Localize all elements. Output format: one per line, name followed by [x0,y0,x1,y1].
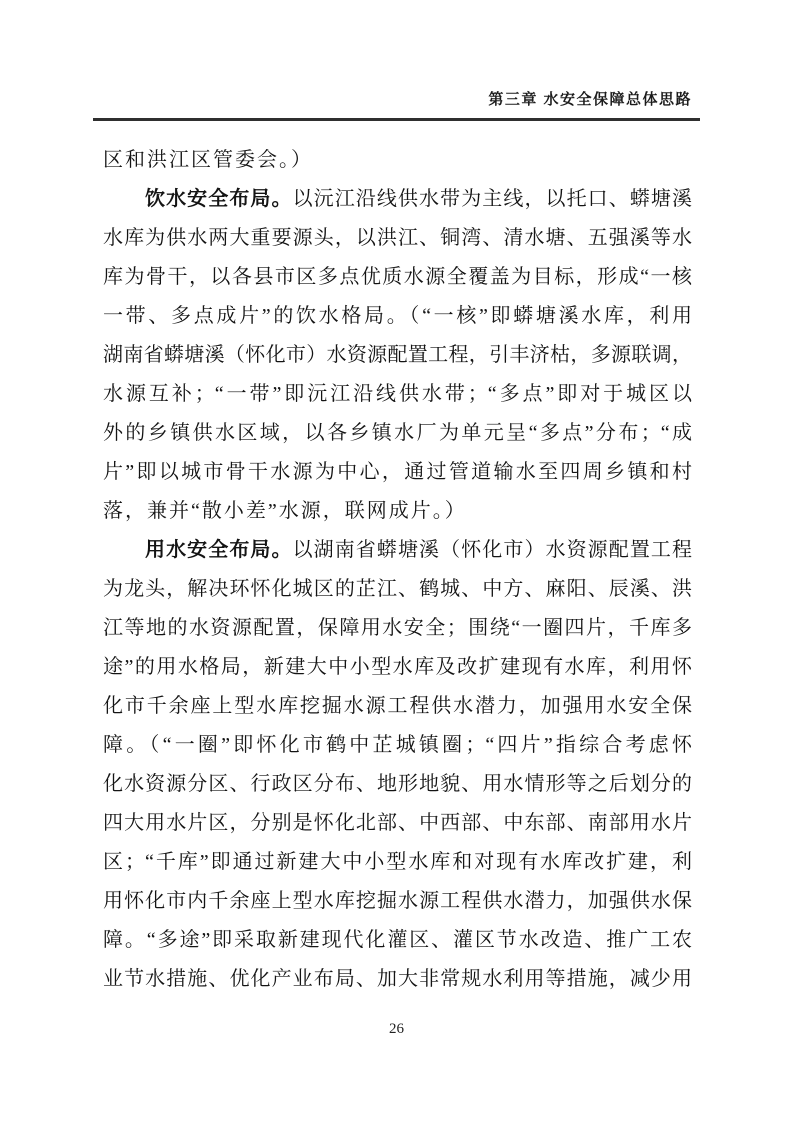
text-line: 用怀化市内千余座上型水库挖掘水源工程供水潜力，加强供水保 [103,882,692,921]
chapter-header-title: 第三章 水安全保障总体思路 [93,88,692,109]
line-text: 化水资源分区、行政区分布、地形地貌、用水情形等之后划分的 [103,773,692,795]
line-text: 用怀化市内千余座上型水库挖掘水源工程供水潜力，加强供水保 [103,890,692,912]
text-line: 化市千余座上型水库挖掘水源工程供水潜力，加强用水安全保 [103,687,692,726]
text-line: 区和洪江区管委会。） [103,141,692,180]
line-text: 障。（“一圈”即怀化市鹤中芷城镇圈；“四片”指综合考虑怀 [103,734,692,756]
line-text: 一带、多点成片”的饮水格局。（“一核”即蟒塘溪水库，利用 [103,305,692,327]
text-line: 落，兼并“散小差”水源，联网成片。） [103,492,692,531]
line-text: 水源互补；“一带”即沅江沿线供水带；“多点”即对于城区以 [103,383,692,405]
line-text: 为龙头，解决环怀化城区的芷江、鹤城、中方、麻阳、辰溪、洪 [103,578,692,600]
text-line: 区；“千库”即通过新建大中小型水库和对现有水库改扩建，利 [103,843,692,882]
text-line: 一带、多点成片”的饮水格局。（“一核”即蟒塘溪水库，利用 [103,297,692,336]
text-line: 外的乡镇供水区域，以各乡镇水厂为单元呈“多点”分布；“成 [103,414,692,453]
line-text: 区；“千库”即通过新建大中小型水库和对现有水库改扩建，利 [103,851,692,873]
document-page: 第三章 水安全保障总体思路 区和洪江区管委会。）饮水安全布局。以沅江沿线供水带为… [0,0,793,1122]
line-text: 湖南省蟒塘溪（怀化市）水资源配置工程，引丰济枯，多源联调， [103,344,692,366]
text-line: 饮水安全布局。以沅江沿线供水带为主线，以托口、蟒塘溪 [103,180,692,219]
text-line: 水源互补；“一带”即沅江沿线供水带；“多点”即对于城区以 [103,375,692,414]
header-divider [93,118,700,121]
text-line: 水库为供水两大重要源头，以洪江、铜湾、清水塘、五强溪等水 [103,219,692,258]
text-line: 为龙头，解决环怀化城区的芷江、鹤城、中方、麻阳、辰溪、洪 [103,570,692,609]
text-line: 障。“多途”即采取新建现代化灌区、灌区节水改造、推广工农 [103,921,692,960]
line-text: 四大用水片区，分别是怀化北部、中西部、中东部、南部用水片 [103,812,692,834]
page-number: 26 [0,1021,793,1038]
paragraph-lead: 用水安全布局。 [145,539,293,561]
line-text: 片”即以城市骨干水源为中心，通过管道输水至四周乡镇和村 [103,461,692,483]
line-text: 库为骨干，以各县市区多点优质水源全覆盖为目标，形成“一核 [103,266,692,288]
line-text: 障。“多途”即采取新建现代化灌区、灌区节水改造、推广工农 [103,929,692,951]
text-line: 化水资源分区、行政区分布、地形地貌、用水情形等之后划分的 [103,765,692,804]
text-line: 片”即以城市骨干水源为中心，通过管道输水至四周乡镇和村 [103,453,692,492]
line-text: 以沅江沿线供水带为主线，以托口、蟒塘溪 [293,188,692,210]
text-line: 湖南省蟒塘溪（怀化市）水资源配置工程，引丰济枯，多源联调， [103,336,692,375]
text-line: 障。（“一圈”即怀化市鹤中芷城镇圈；“四片”指综合考虑怀 [103,726,692,765]
line-text: 水库为供水两大重要源头，以洪江、铜湾、清水塘、五强溪等水 [103,227,692,249]
text-line: 库为骨干，以各县市区多点优质水源全覆盖为目标，形成“一核 [103,258,692,297]
line-text: 区和洪江区管委会。） [103,149,313,171]
text-line: 途”的用水格局，新建大中小型水库及改扩建现有水库，利用怀 [103,648,692,687]
document-body: 区和洪江区管委会。）饮水安全布局。以沅江沿线供水带为主线，以托口、蟒塘溪水库为供… [103,141,692,999]
line-text: 化市千余座上型水库挖掘水源工程供水潜力，加强用水安全保 [103,695,692,717]
line-text: 江等地的水资源配置，保障用水安全；围绕“一圈四片，千库多 [103,617,692,639]
text-line: 四大用水片区，分别是怀化北部、中西部、中东部、南部用水片 [103,804,692,843]
line-text: 途”的用水格局，新建大中小型水库及改扩建现有水库，利用怀 [103,656,692,678]
text-line: 江等地的水资源配置，保障用水安全；围绕“一圈四片，千库多 [103,609,692,648]
text-line: 业节水措施、优化产业布局、加大非常规水利用等措施，减少用 [103,960,692,999]
line-text: 以湖南省蟒塘溪（怀化市）水资源配置工程 [293,539,692,561]
paragraph-lead: 饮水安全布局。 [145,188,293,210]
line-text: 业节水措施、优化产业布局、加大非常规水利用等措施，减少用 [103,968,692,990]
body-lines: 区和洪江区管委会。）饮水安全布局。以沅江沿线供水带为主线，以托口、蟒塘溪水库为供… [103,141,692,999]
text-line: 用水安全布局。以湖南省蟒塘溪（怀化市）水资源配置工程 [103,531,692,570]
line-text: 落，兼并“散小差”水源，联网成片。） [103,500,467,522]
line-text: 外的乡镇供水区域，以各乡镇水厂为单元呈“多点”分布；“成 [103,422,692,444]
